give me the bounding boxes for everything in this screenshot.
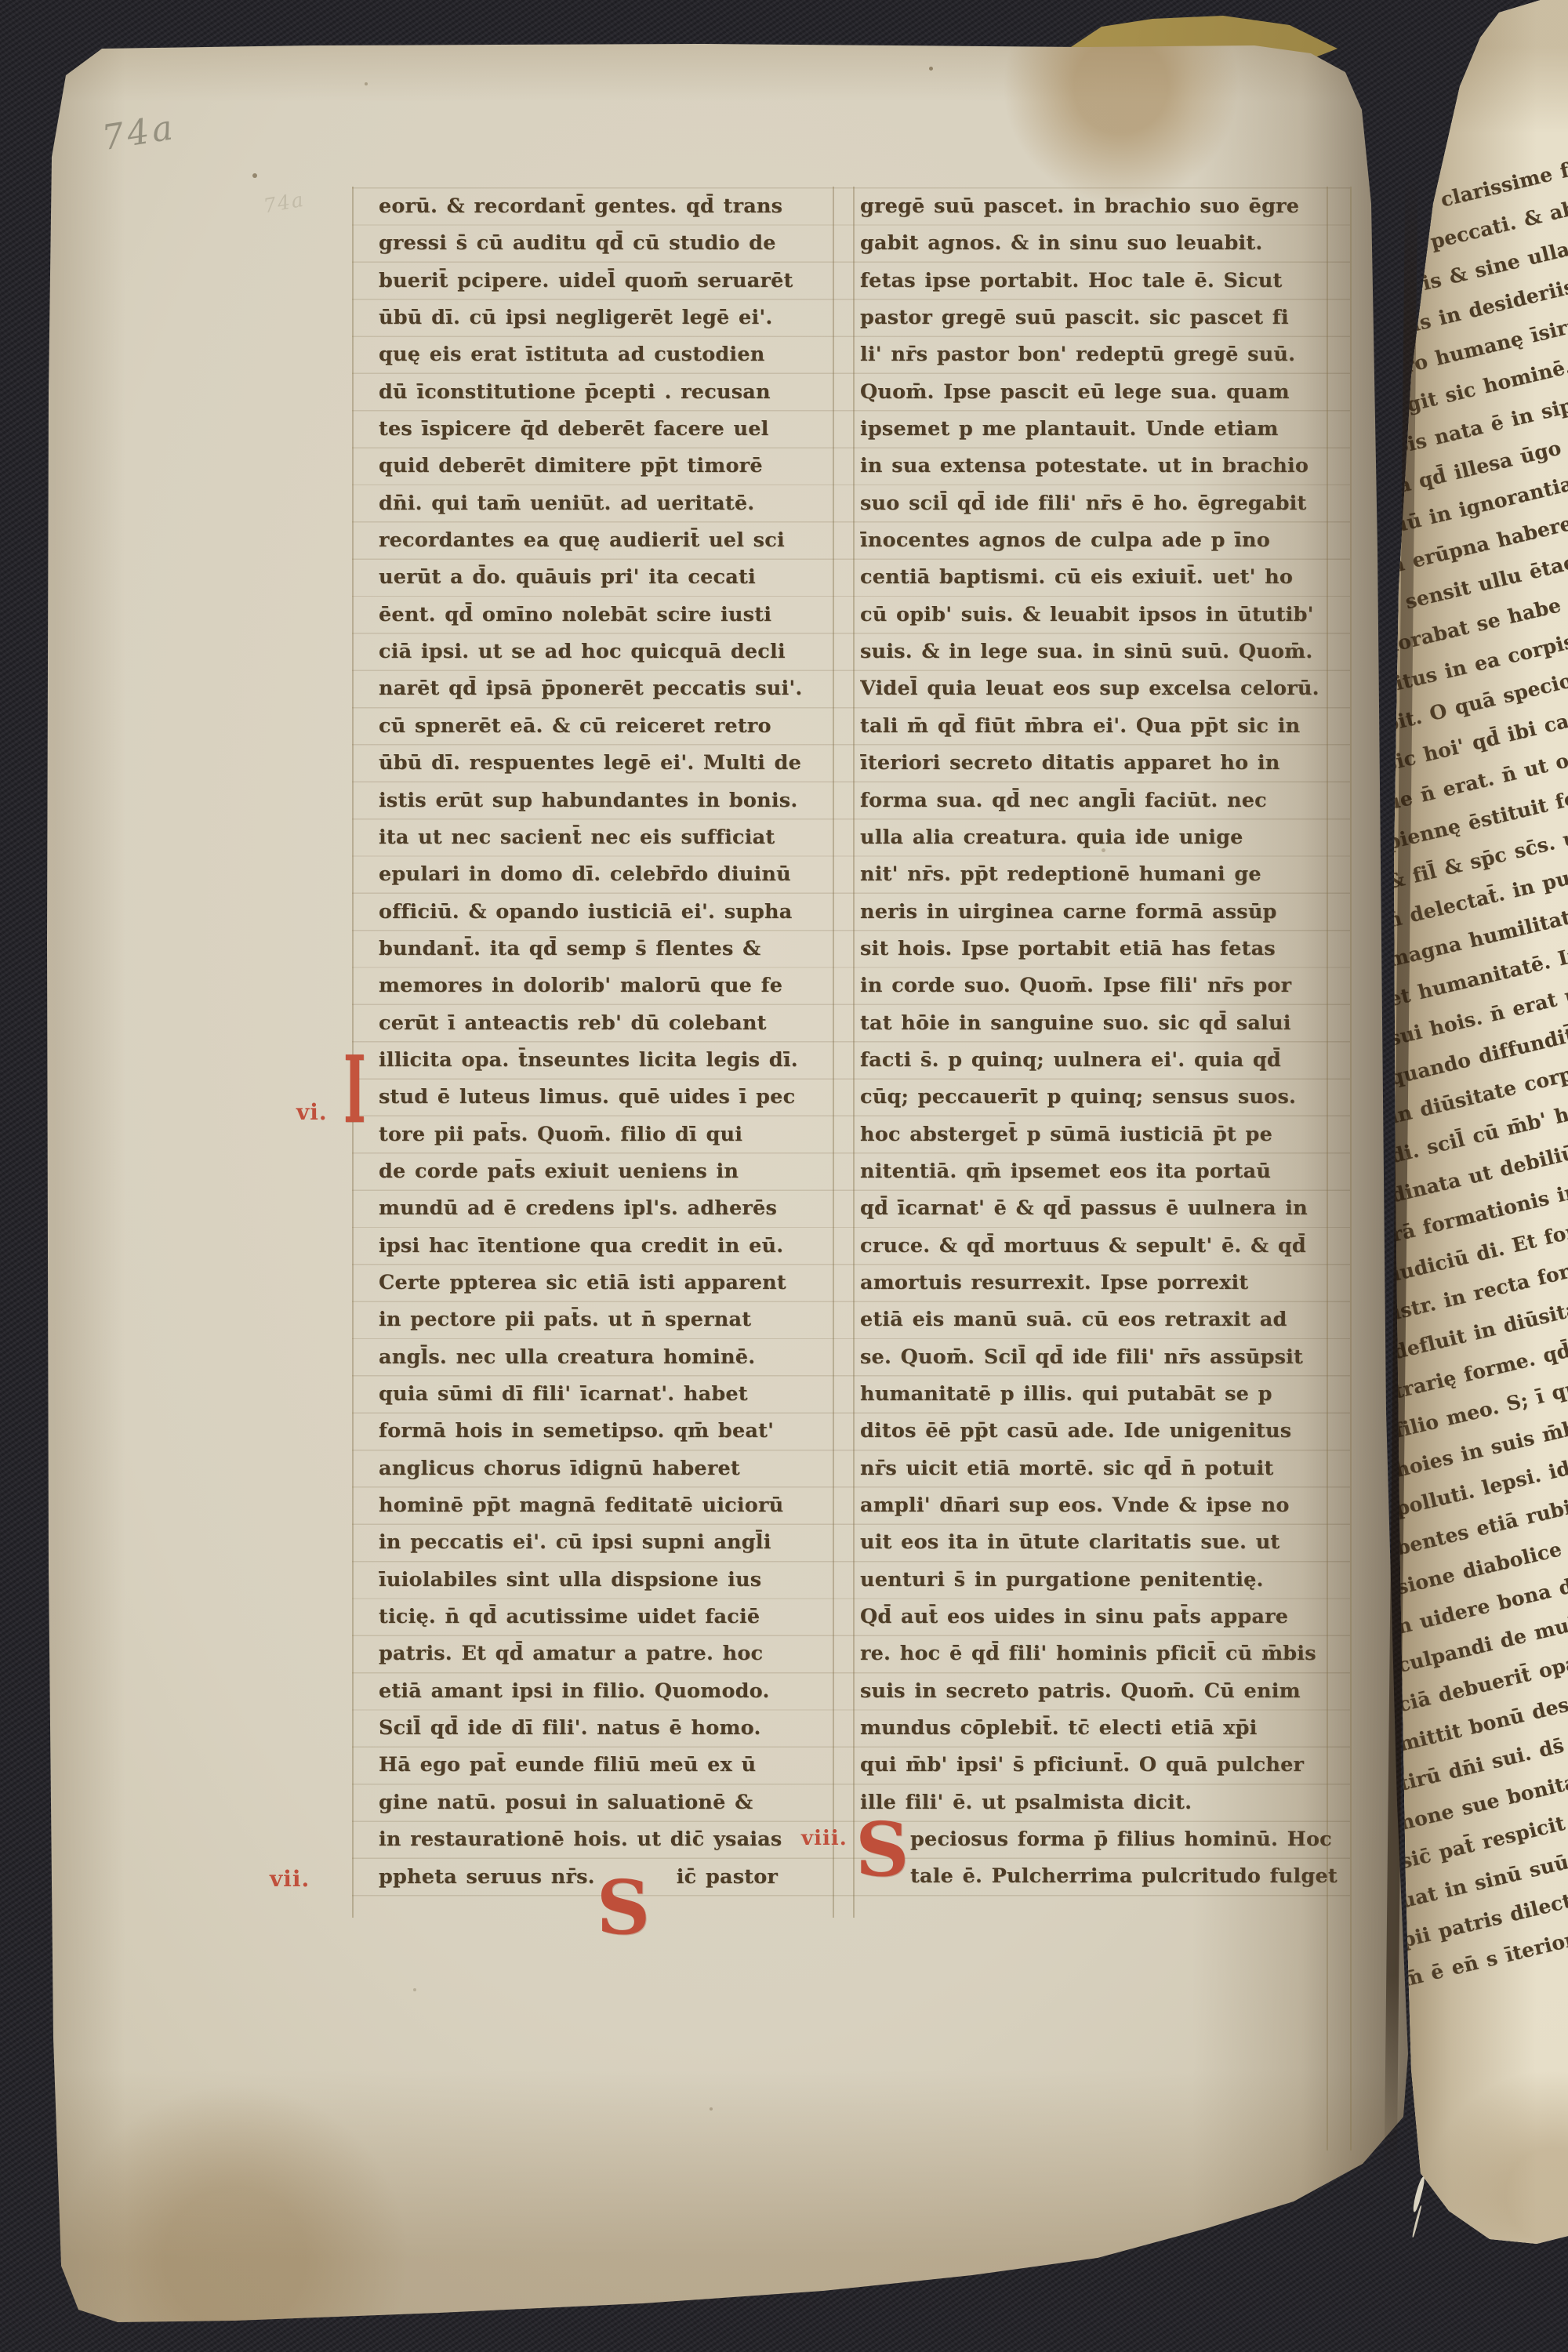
- rubric-initial-s-speciosus: S: [855, 1815, 909, 1886]
- manuscript-text-line: cū opib' suis. & leuabit ipsos in ūtutib…: [860, 597, 1346, 633]
- manuscript-text-line: gabit agnos. & in sinu suo leuabit.: [860, 225, 1346, 262]
- manuscript-text-line: ille fili' ē. ut psalmista dicit.: [860, 1784, 1346, 1821]
- manuscript-text-line: nitentiā. qm̄ ipsemet eos ita portaū: [860, 1153, 1346, 1190]
- text-column-left: eorū. & recordant̄ gentes. qd̄ transgres…: [379, 188, 836, 1858]
- manuscript-text-line: Certe ppterea sic etiā isti apparent: [379, 1265, 836, 1301]
- manuscript-text-line: ticię. n̄ qd̄ acutissime uidet faciē: [379, 1599, 836, 1635]
- manuscript-text-line: nit' nr̄s. pp̄t redeptionē humani ge: [860, 856, 1346, 893]
- manuscript-text-line: etiā eis manū suā. cū eos retraxit ad: [860, 1301, 1346, 1338]
- manuscript-text-line: quid deberēt dimitere pp̄t timorē: [379, 448, 836, 485]
- manuscript-text-line: anglicus chorus īdignū haberet: [379, 1450, 836, 1487]
- manuscript-text-line: cū spnerēt eā. & cū reiceret retro: [379, 708, 836, 745]
- speck: [929, 67, 933, 71]
- manuscript-text-line: dū īconstitutione p̄cepti . recusan: [379, 374, 836, 411]
- manuscript-text-line: de corde pat̄s exiuit ueniens in: [379, 1153, 836, 1190]
- manuscript-text-line: Qd̄ aut̄ eos uides in sinu pat̄s appare: [860, 1599, 1346, 1635]
- chapter-number-viii: viii.: [801, 1827, 848, 1850]
- manuscript-text-line: stud ē luteus limus. quē uides ī pec: [379, 1079, 836, 1116]
- manuscript-text-line: ūbū dī. respuentes legē ei'. Multi de: [379, 745, 836, 782]
- manuscript-text-line: īnocentes agnos de culpa ade p īno: [860, 522, 1346, 559]
- initial-gap: S: [595, 1882, 677, 1883]
- manuscript-text-line: cruce. & qd̄ mortuus & sepult' ē. & qd̄: [860, 1228, 1346, 1265]
- manuscript-text-line: humanitatē p illis. qui putabāt se p: [860, 1376, 1346, 1413]
- manuscript-text-line: patris. Et qd̄ amatur a patre. hoc: [379, 1635, 836, 1672]
- manuscript-text-line: cūq; peccauerīt p quinq; sensus suos.: [860, 1079, 1346, 1116]
- manuscript-text-line: suis. & in lege sua. in sinū suū. Quom̄.: [860, 633, 1346, 670]
- manuscript-text-line: memores in dolorib' malorū que fe: [379, 967, 836, 1004]
- chapter-viii-lines: peciosus forma p̄ filius hominū. Hoctale…: [860, 1821, 1346, 1896]
- manuscript-text-line: buerit̄ pcipere. uidel̄ quom̄ seruarēt: [379, 263, 836, 299]
- rubric-initial-i-istud: I: [343, 1047, 366, 1133]
- manuscript-text-line: recordantes ea quę audierit̄ uel sci: [379, 522, 836, 559]
- manuscript-text-line: mundū ad ē credens ipl's. adherēs: [379, 1190, 836, 1227]
- speck: [252, 173, 257, 178]
- chapter-number-vi: vi.: [296, 1099, 328, 1125]
- last-line-pre: ppheta seruus nr̄s.: [379, 1865, 595, 1889]
- manuscript-text-line: Hā ego pat̄ eunde filiū meū ex ū: [379, 1747, 836, 1784]
- folio-number-pencil-faint: 74a: [262, 188, 307, 218]
- speck: [365, 82, 368, 85]
- manuscript-text-line: tat hōie in sanguine suo. sic qd̄ salui: [860, 1005, 1346, 1042]
- manuscript-text-line: qui m̄b' ipsi' s̄ pficiunt̄. O quā pulch…: [860, 1747, 1346, 1784]
- speck: [413, 1988, 416, 1991]
- manuscript-text-line: suo scil̄ qd̄ ide fili' nr̄s ē ho. ēgreg…: [860, 485, 1346, 522]
- manuscript-text-line: uit eos ita in ūtute claritatis sue. ut: [860, 1524, 1346, 1561]
- manuscript-text-line: ppheta seruus nr̄s.Sic̄ pastor: [379, 1859, 836, 1896]
- manuscript-text-line: peciosus forma p̄ filius hominū. Hoc: [860, 1821, 1346, 1858]
- chapter-number-vii: vii.: [270, 1866, 310, 1892]
- manuscript-text-line: re. hoc ē qd̄ fili' hominis pficit̄ cū m…: [860, 1635, 1346, 1672]
- manuscript-text-line: se. Quom̄. Scil̄ qd̄ ide fili' nr̄s assū…: [860, 1339, 1346, 1376]
- manuscript-text-line: suis in secreto patris. Quom̄. Cū enim: [860, 1673, 1346, 1710]
- manuscript-text-line: Scil̄ qd̄ ide dī fili'. natus ē homo.: [379, 1710, 836, 1747]
- folio-number-pencil: 74a: [100, 107, 179, 158]
- manuscript-text-line: Videl̄ quia leuat eos sup excelsa celorū…: [860, 670, 1346, 707]
- manuscript-text-line: hominē pp̄t magnā feditatē uiciorū: [379, 1487, 836, 1524]
- text-column-left-lastline: ppheta seruus nr̄s.Sic̄ pastor: [379, 1859, 836, 1896]
- manuscript-text-line: ditos ēē pp̄t casū ade. Ide unigenitus: [860, 1413, 1346, 1450]
- manuscript-text-line: quia sūmi dī fili' īcarnat'. habet: [379, 1376, 836, 1413]
- manuscript-text-line: formā hois in semetipso. qm̄ beat': [379, 1413, 836, 1450]
- manuscript-text-line: tali m̄ qd̄ fiūt m̄bra ei'. Qua pp̄t sic…: [860, 708, 1346, 745]
- manuscript-text-line: tes īspicere q̄d deberēt facere uel: [379, 411, 836, 448]
- manuscript-text-line: tore pii pat̄s. Quom̄. filio dī qui: [379, 1116, 836, 1153]
- speck: [710, 2107, 713, 2111]
- manuscript-text-line: illicita opa. t̄nseuntes licita legis dī…: [379, 1042, 836, 1079]
- manuscript-text-line: in peccatis ei'. cū ipsi supni angl̄i: [379, 1524, 836, 1561]
- manuscript-text-line: ciā ipsi. ut se ad hoc quicquā decli: [379, 633, 836, 670]
- manuscript-text-line: ipsemet p me plantauit. Unde etiam: [860, 411, 1346, 448]
- manuscript-text-line: uenturi s̄ in purgatione penitentię.: [860, 1562, 1346, 1599]
- manuscript-text-line: centiā baptismi. cū eis exiuit̄. uet' ho: [860, 559, 1346, 596]
- manuscript-text-line: cerūt ī anteactis reb' dū colebant: [379, 1005, 836, 1042]
- chapter-viii-block: S peciosus forma p̄ filius hominū. Hocta…: [860, 1821, 1346, 1896]
- manuscript-text-line: Quom̄. Ipse pascit eū lege sua. quam: [860, 374, 1346, 411]
- manuscript-text-line: in pectore pii pat̄s. ut n̄ spernat: [379, 1301, 836, 1338]
- manuscript-text-line: dn̄i. qui tam̄ ueniūt. ad ueritatē.: [379, 485, 836, 522]
- manuscript-text-line: in restaurationē hois. ut dic̄ ysaias: [379, 1821, 836, 1858]
- manuscript-text-line: ampli' dn̄ari sup eos. Vnde & ipse no: [860, 1487, 1346, 1524]
- manuscript-text-line: facti s̄. p quinq; uulnera ei'. quia qd̄: [860, 1042, 1346, 1079]
- manuscript-text-line: amortuis resurrexit. Ipse porrexit: [860, 1265, 1346, 1301]
- ruling-line-vertical: [1350, 187, 1352, 2151]
- manuscript-text-line: angl̄s. nec ulla creatura hominē.: [379, 1339, 836, 1376]
- manuscript-text-line: etiā amant ipsi in filio. Quomodo.: [379, 1673, 836, 1710]
- manuscript-text-line: ēent. qd̄ omīno nolebāt scire iusti: [379, 597, 836, 633]
- manuscript-text-line: epulari in domo dī. celebr̄do diuinū: [379, 856, 836, 893]
- manuscript-page-folio-74a: 74a 74a eorū. & recordant̄ gentes. qd̄ t…: [0, 0, 1568, 2352]
- manuscript-text-line: uerūt a d̄o. quāuis pri' ita cecati: [379, 559, 836, 596]
- manuscript-text-line: hoc absterget̄ p sūmā iusticiā p̄t pe: [860, 1116, 1346, 1153]
- manuscript-text-line: sit hois. Ipse portabit etiā has fetas: [860, 931, 1346, 967]
- manuscript-text-line: li' nr̄s pastor bon' redeptū gregē suū.: [860, 336, 1346, 373]
- rubric-initial-s-sic-pastor: S: [597, 1873, 651, 1944]
- manuscript-text-line: ita ut nec sacient̄ nec eis sufficiat: [379, 819, 836, 856]
- manuscript-text-line: officiū. & opando iusticiā ei'. supha: [379, 894, 836, 931]
- ruling-line-vertical: [853, 187, 855, 1918]
- manuscript-text-line: gine natū. posui in saluationē &: [379, 1784, 836, 1821]
- text-column-right: gregē suū pascet. in brachio suo ēgregab…: [860, 188, 1346, 1821]
- manuscript-text-line: qd̄ īcarnat' ē & qd̄ passus ē uulnera in: [860, 1190, 1346, 1227]
- manuscript-text-line: īteriori secreto ditatis apparet ho in: [860, 745, 1346, 782]
- manuscript-text-line: gressi s̄ cū auditu qd̄ cū studio de: [379, 225, 836, 262]
- manuscript-text-line: in sua extensa potestate. ut in brachio: [860, 448, 1346, 485]
- manuscript-text-line: istis erūt sup habundantes in bonis.: [379, 782, 836, 819]
- manuscript-text-line: bundant̄. ita qd̄ semp s̄ flentes &: [379, 931, 836, 967]
- manuscript-text-line: pastor gregē suū pascit. sic pascet fi: [860, 299, 1346, 336]
- last-line-post: ic̄ pastor: [677, 1865, 778, 1889]
- manuscript-text-line: gregē suū pascet. in brachio suo ēgre: [860, 188, 1346, 225]
- manuscript-text-line: quę eis erat īstituta ad custodien: [379, 336, 836, 373]
- manuscript-text-line: forma sua. qd̄ nec angl̄i faciūt. nec: [860, 782, 1346, 819]
- manuscript-text-line: īuiolabiles sint ulla dispsione ius: [379, 1562, 836, 1599]
- manuscript-text-line: eorū. & recordant̄ gentes. qd̄ trans: [379, 188, 836, 225]
- manuscript-text-line: fetas ipse portabit. Hoc tale ē. Sicut: [860, 263, 1346, 299]
- manuscript-text-line: ipsi hac ītentione qua credit in eū.: [379, 1228, 836, 1265]
- manuscript-text-line: mundus cōplebit̄. tc̄ electi etiā xp̄i: [860, 1710, 1346, 1747]
- manuscript-text-line: neris in uirginea carne formā assūp: [860, 894, 1346, 931]
- manuscript-text-line: ūbū dī. cū ipsi negligerēt legē ei'.: [379, 299, 836, 336]
- manuscript-text-line: tale ē. Pulcherrima pulcritudo fulget: [860, 1858, 1346, 1895]
- speck: [1102, 848, 1105, 852]
- manuscript-text-line: in corde suo. Quom̄. Ipse fili' nr̄s por: [860, 967, 1346, 1004]
- manuscript-text-line: narēt qd̄ ipsā p̄ponerēt peccatis sui'.: [379, 670, 836, 707]
- manuscript-text-line: nr̄s uicit etiā mortē. sic qd̄ n̄ potuit: [860, 1450, 1346, 1487]
